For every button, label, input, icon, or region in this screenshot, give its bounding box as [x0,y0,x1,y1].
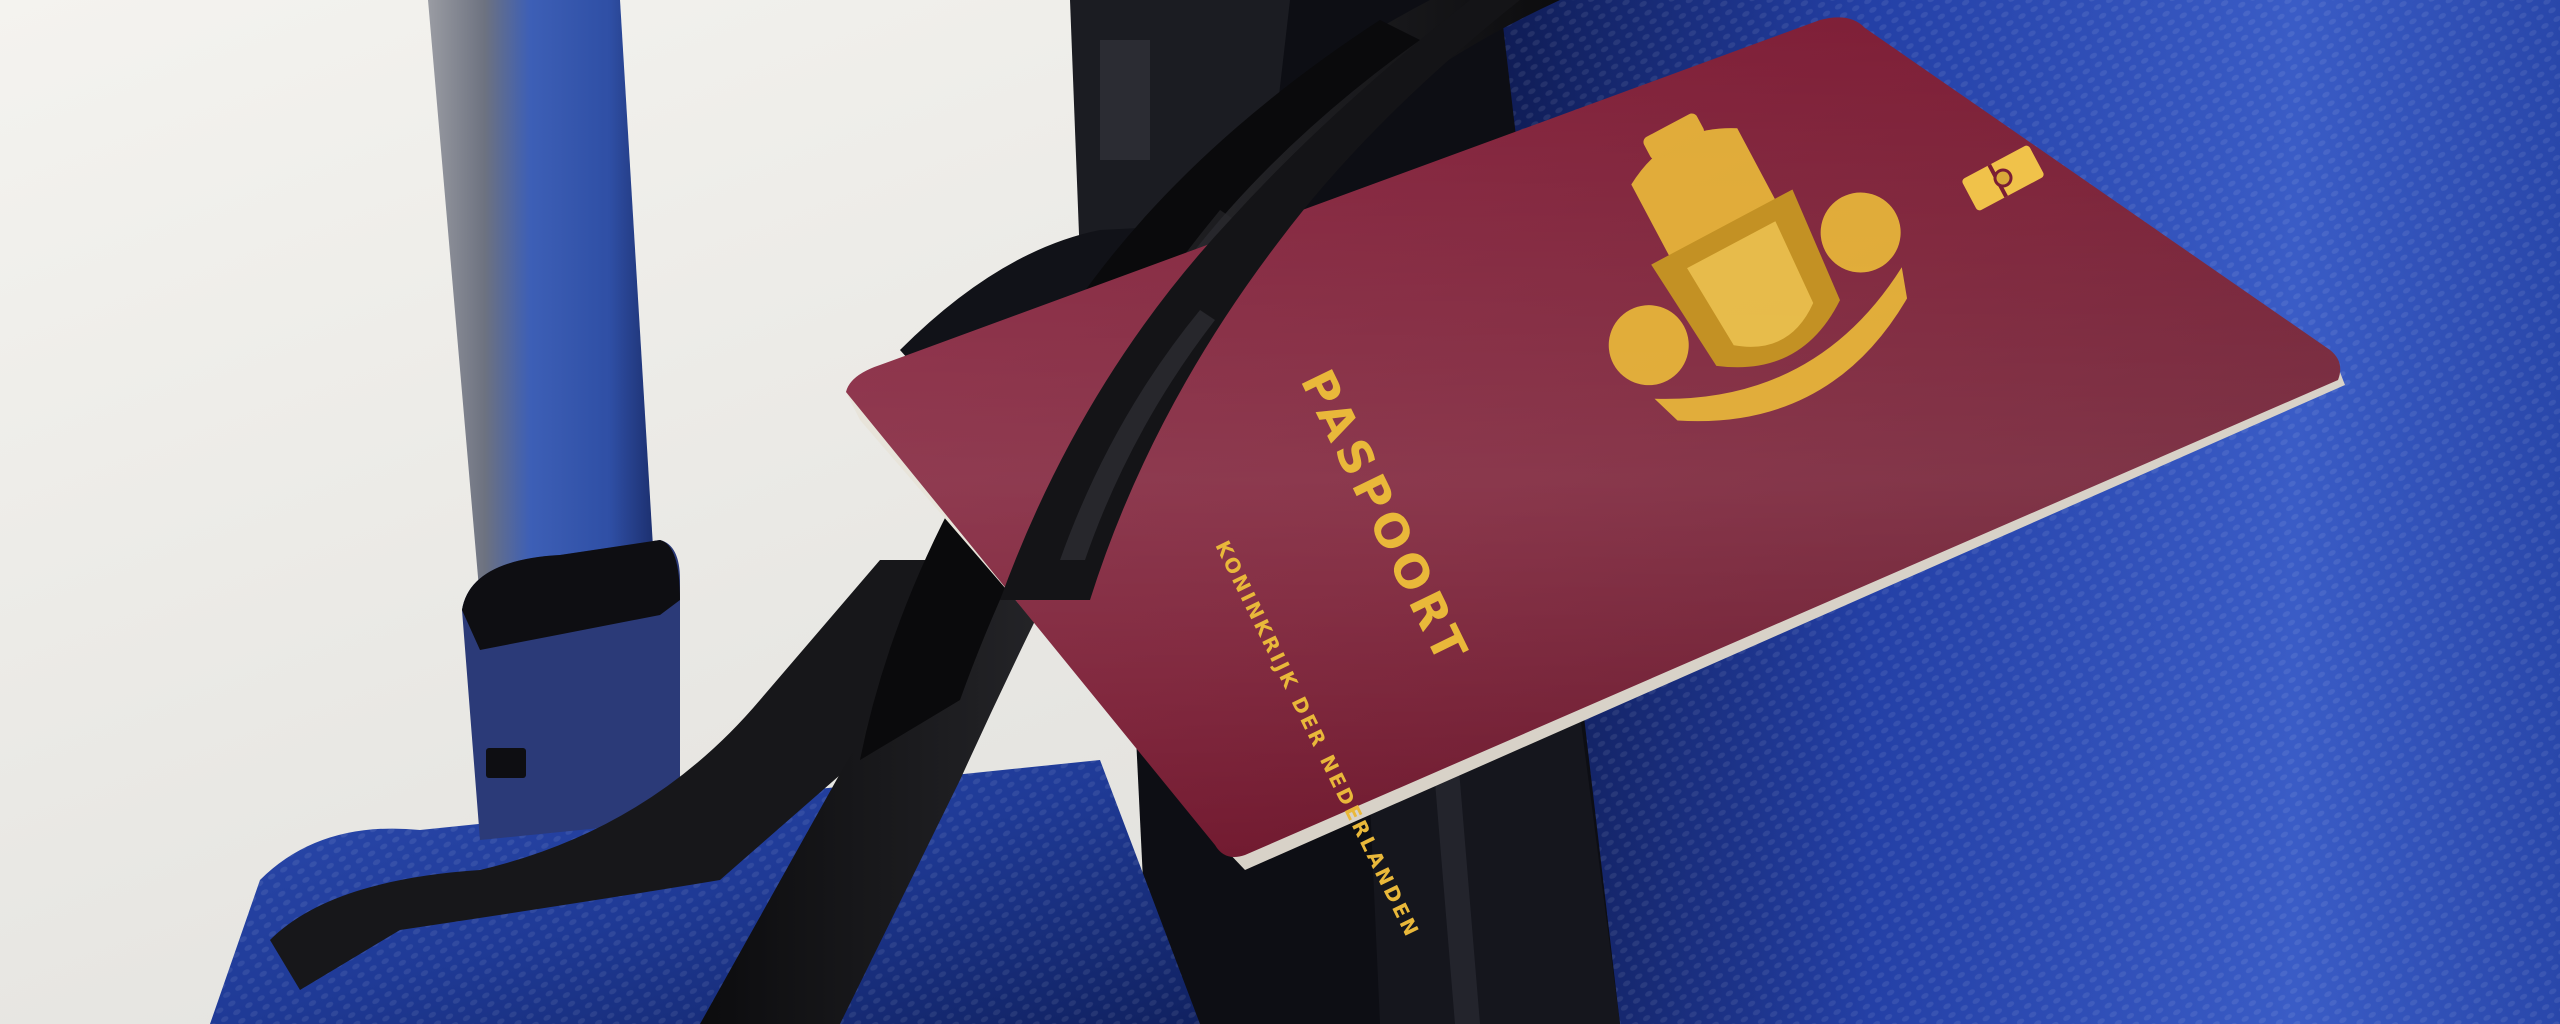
photo-illustration: PASPOORT KONINKRIJK DER NEDERLANDEN [0,0,2560,1024]
telescopic-pole [428,0,680,840]
photo-scene: Red passport resting on a blue hard-shel… [0,0,2560,1024]
